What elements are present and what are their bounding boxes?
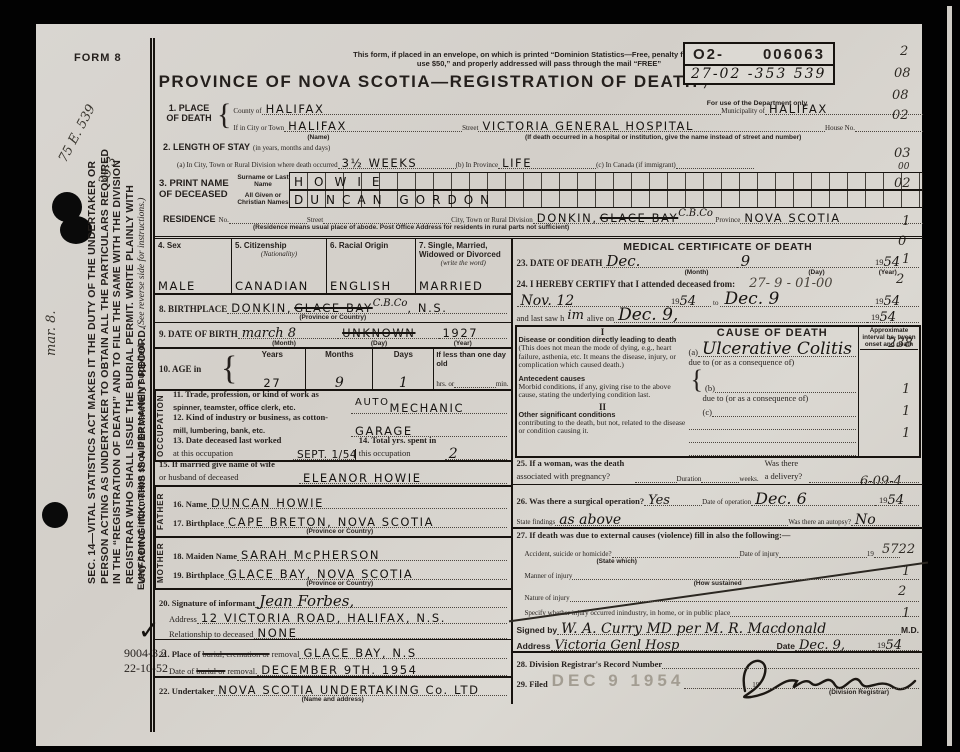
external-label: 27. If death was due to external causes … [517,530,920,543]
field-informant: 20. Signature of informant Jean Forbes, … [155,590,511,640]
undertaker-label: 22. Undertaker [159,686,214,696]
trade-value-top: AUTO [355,397,390,408]
filed-label: 29. Filed [517,679,548,689]
sex-value: MALE [158,279,228,293]
cause-a-value: Ulcerative Colitis [702,339,852,359]
given-names-grid: DUNCAN GORDON [289,190,923,208]
residence-no-label: No. [219,216,229,224]
residence-division-value: DONKIN, [537,211,598,225]
medical-certificate: MEDICAL CERTIFICATE OF DEATH 23. DATE OF… [511,239,924,704]
residence-division-label: City, Town or Rural Division [451,216,533,224]
last-saw-label-1: and last saw h [517,313,565,323]
field-mother-birthplace: 19. Birthplace GLACE BAY, NOVA SCOTIA [173,561,507,580]
s2a-label: (a) In City, Town or Rural Division wher… [163,161,338,169]
informant-relationship-value: NONE [258,626,298,640]
house-no-label: House No. [825,124,855,132]
field-date-of-death: 23. DATE OF DEATH Dec. 9 1954 (Month) (D… [513,253,924,276]
cause-title: CAUSE OF DEATH [689,327,857,339]
ink-blob [42,502,68,528]
total-years-value: 2 [449,446,458,462]
birthplace-value: DONKIN, [231,301,292,315]
operation-label: 26. Was there a surgical operation? [517,496,645,506]
other-conditions-note: contributing to the death, but not, rela… [519,419,687,435]
trade-label-1: 11. Trade, profession, or kind of work a… [173,389,319,399]
physician-signature: W. A. Curry MD per M. R. Macdonald [561,621,826,637]
dod-label: 23. DATE OF DEATH [517,258,603,268]
state-which-caption: (State which) [517,558,920,566]
birthplace-after: , N.S. [407,301,447,315]
field-father-name: 16. Name DUNCAN HOWIE [173,487,507,509]
findings-value: as above [559,512,621,528]
delivery-label-1: Was there [765,458,799,468]
cause-entry-col: CAUSE OF DEATH (a) Ulcerative Colitis du… [689,327,859,456]
surname-value: HOWIE [294,175,390,189]
occupation-group-label: OCCUPATION [155,391,169,460]
industry-label-1: 12. Kind of industry or business, as cot… [173,412,328,422]
s1-brace: { [217,100,231,141]
last-saw-yp: 19 [871,312,880,322]
racial-origin-label: 6. Racial Origin [330,241,412,250]
burial-label-struck: burial, cremation or [202,649,269,659]
md-label: M.D. [901,625,919,635]
department-number-box: O2- 006063 27-02 -353 539 [683,42,835,85]
row-4-5-6-7: 4. Sex MALE 5. Citizenship (Nationality)… [155,239,511,295]
dod-year: 54 [884,255,901,270]
citizenship-label: 5. Citizenship [235,241,323,250]
injury-date-label: Date of injury [740,550,779,558]
field-racial-origin: 6. Racial Origin ENGLISH [327,239,416,293]
father-name-value: DUNCAN HOWIE [211,496,324,510]
informant-signature: Jean Forbes, [259,592,354,610]
division-registrar-signature [707,647,917,703]
county-value: HALIFAX [266,102,325,116]
operation-yp: 19 [879,495,888,505]
s3-label-1: 3. PRINT NAME [159,178,237,189]
father-birthplace-value: CAPE BRETON, NOVA SCOTIA [228,515,434,529]
citizenship-sub: (Nationality) [235,250,323,258]
dob-year-caption: (Year) [419,340,507,347]
margin-reverse-note: (See reverse side for instructions.) [137,198,147,328]
section-1-place-of-death: 1. PLACE OF DEATH { County of HALIFAX Mu… [155,98,923,141]
dod-month-caption: (Month) [617,269,777,276]
surname-label: Surname or Last Name [237,174,289,188]
marital-sub: (write the word) [419,259,508,267]
given-names-value: DUNCAN GORDON [294,193,496,207]
name-caption: (Name) [233,134,403,141]
age-brace: { [221,352,237,386]
attended-to-y: 54 [884,294,901,309]
street-caption: (If death occurred in a hospital or inst… [403,134,923,141]
street-label: Street [462,124,478,132]
last-saw-im: im [567,308,584,323]
burial-date-post: removal. [227,666,257,676]
signed-label: Signed by [517,625,558,635]
registration-number-printed: O2- 006063 [685,44,833,66]
mother-birthplace-label: 19. Birthplace [173,570,224,580]
pregnancy-label-1: 25. If a woman, was the death [517,458,625,468]
dod-year-caption: (Year) [857,269,920,276]
form-title-text: PROVINCE OF NOVA SCOTIA—REGISTRATION OF … [159,72,699,91]
film-edge [947,6,952,746]
form-title: PROVINCE OF NOVA SCOTIA—REGISTRATION OF … [155,72,715,92]
dod-day: 9 [741,252,751,270]
mother-birthplace-caption: (Province or Country) [173,580,507,588]
occupation-group: OCCUPATION 11. Trade, profession, or kin… [155,391,511,462]
birthplace-above: C.B.Co [373,298,408,309]
weeks-label: weeks. [739,475,758,483]
age-days: Days 1 [373,349,434,389]
field-undertaker: 22. Undertaker NOVA SCOTIA UNDERTAKING C… [155,678,511,704]
field-external-causes: 27. If death was due to external causes … [513,529,924,618]
trade-value: AUTOMECHANIC [355,401,464,415]
s2b-label: (b) In Province [456,161,498,169]
racial-origin-value: ENGLISH [330,279,412,293]
delivery-label-2: a delivery? [765,471,803,481]
cause-notes-col: I Disease or condition directly leading … [517,327,689,456]
section-2-length-of-stay: 2. LENGTH OF STAY (in years, months and … [155,142,923,169]
residence-province-label: Province [715,216,740,224]
age-months-label: Months [308,350,370,359]
s2-label-paren: (in years, months and days) [253,144,330,152]
autopsy-label: Was there an autopsy? [788,518,851,526]
margin-scribble-3: mar. 8. [44,310,59,356]
burial-date-value: DECEMBER 9TH. 1954 [261,663,417,677]
residence-province-value: NOVA SCOTIA [744,211,840,225]
mother-name-label: 18. Maiden Name [173,551,237,561]
operation-y: 54 [888,493,905,508]
residence-caption: (Residence means usual place of abode. P… [163,224,923,233]
s3-label-2: OF DECEASED [159,189,237,200]
antecedent-note: Morbid conditions, if any, giving rise t… [519,383,687,399]
father-birthplace-label: 17. Birthplace [173,518,224,528]
cause-c-label: (c) [689,407,712,417]
autopsy-value: No [855,512,876,528]
reg-number-handwritten: 27-02 -353 539 [691,66,826,82]
attended-label: 24. I HEREBY CERTIFY that I attended dec… [517,279,736,289]
citizenship-value: CANADIAN [235,279,323,293]
spouse-label-2: or husband of deceased [159,472,239,482]
dob-day-caption: (Day) [339,340,419,347]
field-birthplace: 8. BIRTHPLACE DONKIN, GLACE BAYC.B.Co, N… [155,295,511,323]
field-burial: 21. Place of burial, cremation or remova… [155,640,511,678]
duration-label: Duration [677,475,702,483]
interval-caption: Approximate interval be- tween onset and… [860,328,918,350]
field-registrar: 28. Division Registrar's Record Number 2… [513,653,924,697]
s1-label: 1. PLACE OF DEATH [163,98,215,141]
pregnancy-label-2: associated with pregnancy? [517,471,610,481]
left-column: 4. Sex MALE 5. Citizenship (Nationality)… [155,239,511,704]
burial-place-value: GLACE BAY, N.S [303,646,416,660]
undertaker-caption: (Name and address) [159,696,507,704]
accident-label: Accident, suicide or homicide? [517,550,612,558]
findings-label: State findings [517,518,556,526]
residence-division-above: C.B.Co [678,208,713,219]
s2a-value: 3½ WEEKS [342,156,418,170]
given-names-label: All Given or Christian Names [237,192,289,206]
record-number-label: 28. Division Registrar's Record Number [517,659,663,669]
s2b-value: LIFE [502,156,532,170]
dob-month-caption: (Month) [229,340,339,347]
last-worked-label-1: 13. Date deceased last worked [173,435,281,445]
field-attended: 24. I HEREBY CERTIFY that I attended dec… [513,276,924,323]
burial-date-struck: burial or [196,666,225,676]
form-columns: 4. Sex MALE 5. Citizenship (Nationality)… [155,236,923,704]
last-saw-label-2: alive on [587,313,614,323]
dob-day-struck: UNKNOWN [342,326,415,340]
signed-address-label: Address [517,641,551,651]
last-saw-y: 54 [880,310,897,325]
trade-value-main: MECHANIC [390,401,465,415]
margin-instruction: Every item of information should be care… [136,342,147,590]
residence-street-label: Street [307,216,323,224]
age-label-wrap: 10. AGE in [155,349,219,389]
dob-month-value: march 8 [242,326,296,341]
cause-of-death-box: I Disease or condition directly leading … [515,325,922,458]
manner-label: Manner of injury [517,572,573,580]
form-number: FORM 8 [74,52,122,64]
residence-division-struck: GLACE BAY [600,211,679,225]
burial-label-post: removal [272,649,300,659]
municipality-label: Municipality of [721,107,765,115]
spouse-label-1: 15. If married give name of wife [159,459,275,469]
informant-label: 20. Signature of informant [159,598,255,608]
paper: FORM 8 75 E. 539 35·3 mar. 8. SEC. 14—VI… [36,24,922,746]
surname-grid: HOWIE [289,172,923,190]
informant-address-label: Address [159,614,197,624]
nature-label: Nature of injury [517,594,570,602]
s2c-label: (c) In Canada (if immigrant) [596,161,676,169]
section-3-name: 3. PRINT NAME OF DECEASED Surname or Las… [155,172,923,208]
scanned-death-registration: FORM 8 75 E. 539 35·3 mar. 8. SEC. 14—VI… [0,0,960,752]
cause-lead-note: (This does not mean the mode of dying, e… [519,344,687,369]
undertaker-value: NOVA SCOTIA UNDERTAKING Co. LTD [218,683,479,697]
father-group: FATHER 16. Name DUNCAN HOWIE 17. Birthpl… [155,487,511,538]
interval-col: Approximate interval be- tween onset and… [858,327,919,456]
marital-value: MARRIED [419,279,508,293]
age-days-label: Days [375,350,431,359]
injury-yp: 19 [867,550,874,558]
burial-date-pre: Date of [159,666,194,676]
attended-to-yp: 19 [875,296,884,306]
field-spouse: 15. If married give name of wifeor husba… [155,462,511,487]
age-years: Years 27 [239,349,306,389]
margin-instruction-text: Every item of information should be care… [136,154,147,590]
age-days-value: 1 [375,375,431,391]
s3-label: 3. PRINT NAME OF DECEASED [159,172,237,208]
field-marital-status: 7. Single, Married, Widowed or Divorced … [416,239,511,293]
reg-number-prefix: O2- [693,46,724,63]
age-min-label: min. [496,380,509,388]
marital-label: 7. Single, Married, Widowed or Divorced [419,241,508,259]
attended-from: Nov. 12 [521,293,575,309]
mother-birthplace-value: GLACE BAY, NOVA SCOTIA [228,567,413,581]
age-months: Months 9 [306,349,373,389]
field-age: 10. AGE in { Years 27 Months 9 Days [155,349,511,391]
last-worked-label-2: at this occupation [173,448,233,458]
operation-value: Yes [648,493,670,508]
last-worked-value: SEPT. 1/54 [297,449,357,461]
father-name-label: 16. Name [173,499,207,509]
field-mother-name: 18. Maiden Name SARAH McPHERSON [173,538,507,561]
cause-due-2: due to (or as a consequence of) [689,393,857,404]
town-value: HALIFAX [288,119,347,133]
mother-group-label: MOTHER [155,538,169,588]
dob-year-value: 1927 [443,326,479,340]
field-date-of-birth: 9. DATE OF BIRTH march 8 UNKNOWN 1927 (M… [155,323,511,349]
operation-date-label: Date of operation [702,498,751,506]
total-years-label-2: this occupation [359,448,411,458]
field-operation: 26. Was there a surgical operation? Yes … [513,485,924,529]
last-saw-value: Dec. 9, [618,305,678,325]
reg-number: 006063 [763,46,825,63]
dod-year-printed: 19 [875,257,884,267]
cause-a-label: (a) [689,347,698,357]
cause-b-label: (b) [705,383,715,393]
municipality-value: HALIFAX [769,102,828,116]
field-last-worked: 13. Date deceased last workedat this occ… [173,437,507,460]
s1-num: 1. [169,103,177,113]
informant-address-value: 12 VICTORIA ROAD, HALIFAX, N.S. [201,611,446,625]
mother-group: MOTHER 18. Maiden Name SARAH McPHERSON 1… [155,538,511,590]
dob-label: 9. DATE OF BIRTH [159,329,238,339]
street-value: VICTORIA GENERAL HOSPITAL [482,119,694,133]
informant-relationship-label: Relationship to deceased [159,629,254,639]
operation-date-value: Dec. 6 [755,489,807,508]
age-hrs-label: hrs. or [436,380,454,388]
birthplace-struck: GLACE BAY [294,301,373,315]
cause-brace: { [691,367,703,393]
age-years-label: Years [241,350,303,359]
registration-form: This form, if placed in an envelope, on … [150,38,923,732]
industry-value: GARAGE [355,424,413,438]
field-citizenship: 5. Citizenship (Nationality) CANADIAN [232,239,327,293]
town-label: If in City or Town [233,124,284,132]
field-pregnancy: 25. If a woman, was the deathassociated … [513,458,924,485]
spouse-value: ELEANOR HOWIE [303,471,422,485]
residence-line: RESIDENCE No. Street City, Town or Rural… [155,208,923,233]
birthplace-caption: (Province or Country) [159,314,507,322]
burial-label-pre: 21. Place of [159,649,200,659]
signed-address-value: Victoria Genl Hosp [555,638,680,653]
field-sex: 4. Sex MALE [155,239,232,293]
residence-label: RESIDENCE [163,214,216,224]
mother-name-value: SARAH McPHERSON [241,548,380,562]
filed-date-stamp: DEC 9 1954 [552,671,685,691]
medical-title: MEDICAL CERTIFICATE OF DEATH [513,239,924,253]
how-sustained-caption: (How sustained [517,580,920,588]
age-less-label: If less than one day old [436,350,508,368]
field-father-birthplace: 17. Birthplace CAPE BRETON, NOVA SCOTIA [173,509,507,528]
age-label: 10. AGE in [159,364,201,374]
dod-day-caption: (Day) [777,269,857,276]
sex-label: 4. Sex [158,241,228,250]
county-label: County of [233,107,261,115]
father-group-label: FATHER [155,487,169,536]
specify-label-b: industry, in home, or in public place [622,608,730,617]
birthplace-label: 8. BIRTHPLACE [159,304,227,314]
father-birthplace-caption: (Province or Country) [173,528,507,536]
age-less-than-day: If less than one day old hrs. ormin. [434,349,510,389]
s2-label: 2. LENGTH OF STAY [163,142,250,152]
dod-month: Dec. [606,252,640,270]
